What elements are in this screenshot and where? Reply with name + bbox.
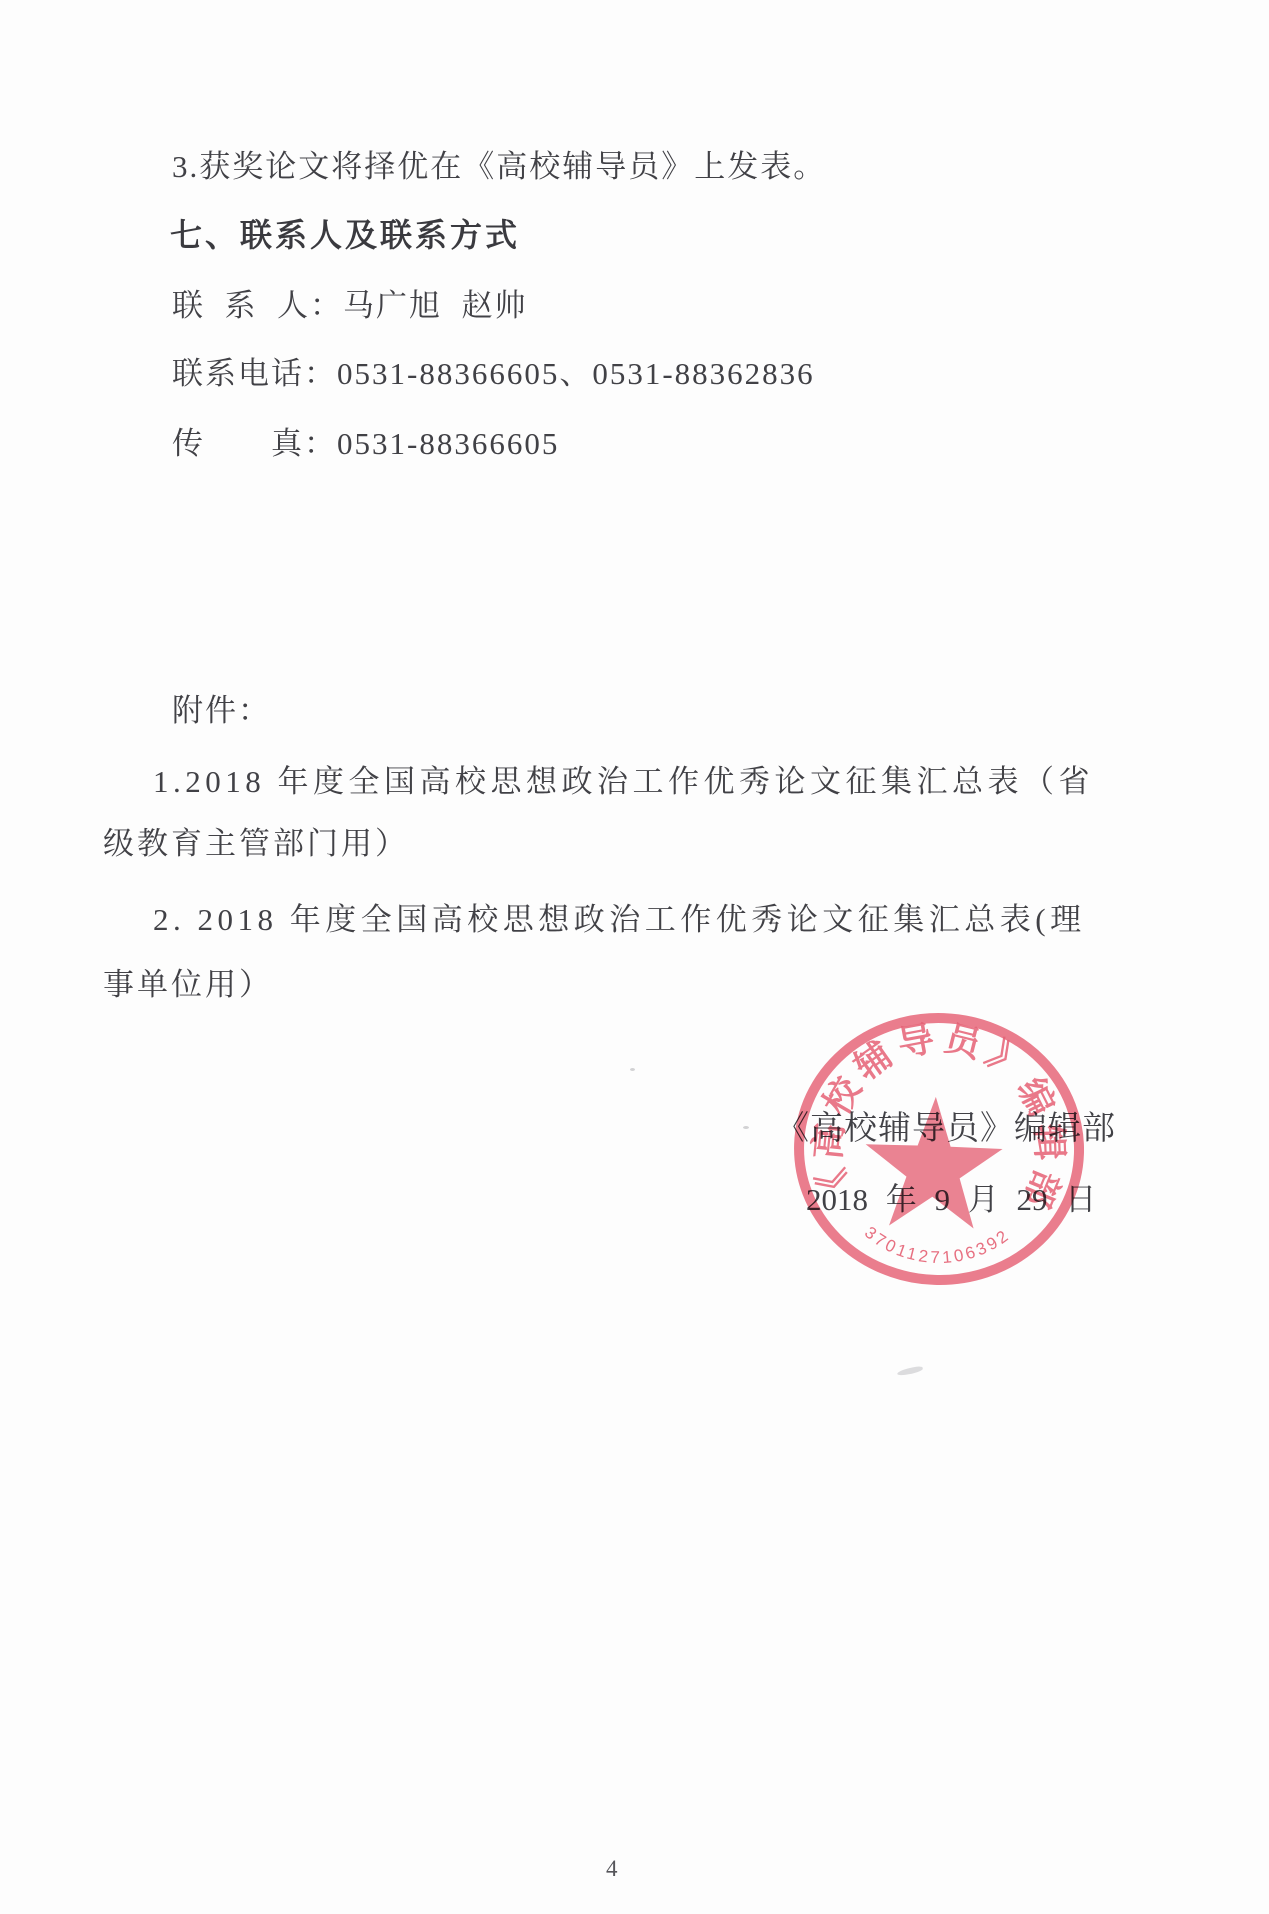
seal-serial-number: 3701127106392 <box>860 1220 1014 1270</box>
ink-speck <box>743 1126 749 1129</box>
signature-date: 2018 年 9 月 29 日 <box>806 1181 1096 1218</box>
official-seal-stamp: 《高校辅导员》编辑部 3701127106392 <box>788 1006 1090 1294</box>
attachments-label: 附件： <box>172 692 271 729</box>
ink-speck <box>630 1068 635 1071</box>
contact-phone-line: 联系电话：0531-88366605、0531-88362836 <box>172 355 815 392</box>
scan-smudge <box>897 1365 924 1376</box>
svg-text:3701127106392: 3701127106392 <box>860 1220 1014 1270</box>
document-page: 3.获奖论文将择优在《高校辅导员》上发表。 七、联系人及联系方式 联 系 人：马… <box>0 0 1269 1914</box>
contact-person-line: 联 系 人：马广旭 赵帅 <box>172 287 528 324</box>
award-publication-line: 3.获奖论文将择优在《高校辅导员》上发表。 <box>172 148 826 185</box>
attachment-2-line-1: 2. 2018 年度全国高校思想政治工作优秀论文征集汇总表(理 <box>153 901 1086 938</box>
signature-department: 《高校辅导员》编辑部 <box>776 1110 1116 1150</box>
contact-fax-line: 传 真：0531-88366605 <box>172 425 559 462</box>
section-heading-contact: 七、联系人及联系方式 <box>170 216 520 254</box>
attachment-2-line-2: 事单位用） <box>103 966 273 1003</box>
attachment-1-line-1: 1.2018 年度全国高校思想政治工作优秀论文征集汇总表（省 <box>153 763 1094 800</box>
page-number: 4 <box>606 1855 618 1883</box>
attachment-1-line-2: 级教育主管部门用） <box>103 825 409 862</box>
